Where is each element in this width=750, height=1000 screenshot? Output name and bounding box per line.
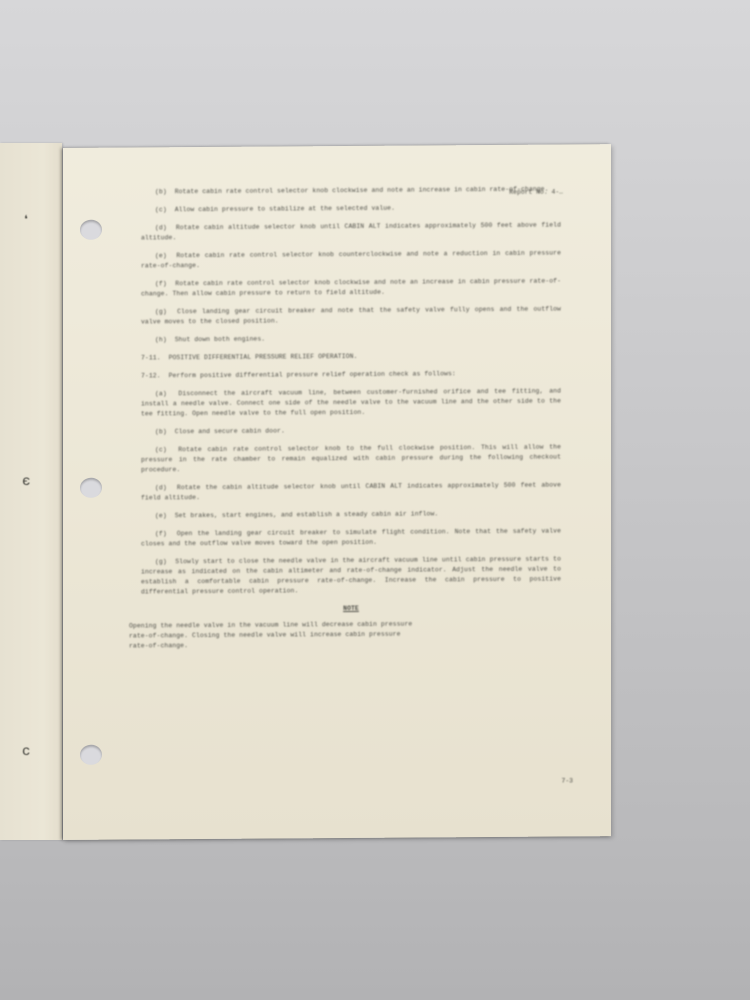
procedure-step: (d) Rotate the cabin altitude selector k… bbox=[141, 481, 561, 504]
procedure-step: (d) Rotate cabin altitude selector knob … bbox=[141, 221, 561, 244]
procedure-step: (e) Rotate cabin rate control selector k… bbox=[141, 249, 561, 272]
step-label: (d) bbox=[155, 484, 167, 491]
section-intro-number: 7-12. bbox=[141, 372, 161, 379]
steps-bottom: (a) Disconnect the aircraft vacuum line,… bbox=[141, 387, 561, 598]
procedure-step: (h) Shut down both engines. bbox=[141, 333, 561, 346]
step-text: Rotate cabin rate control selector knob … bbox=[141, 444, 561, 474]
page-body: (b) Rotate cabin rate control selector k… bbox=[141, 185, 561, 652]
step-text: Disconnect the aircraft vacuum line, bet… bbox=[141, 388, 561, 418]
procedure-step: (a) Disconnect the aircraft vacuum line,… bbox=[141, 387, 561, 420]
step-text: Close and secure cabin door. bbox=[175, 427, 285, 435]
step-text: Open the landing gear circuit breaker to… bbox=[141, 528, 561, 548]
step-label: (b) bbox=[155, 428, 167, 435]
step-label: (f) bbox=[155, 280, 167, 287]
step-label: (a) bbox=[155, 390, 167, 397]
binder-hole-mark: є bbox=[22, 478, 34, 486]
step-text: Rotate cabin rate control selector knob … bbox=[141, 278, 561, 298]
procedure-step: (e) Set brakes, start engines, and estab… bbox=[141, 509, 561, 522]
section-number: 7-11. bbox=[141, 354, 161, 361]
section-intro: 7-12. Perform positive differential pres… bbox=[141, 369, 561, 382]
step-text: Rotate cabin rate control selector knob … bbox=[141, 250, 561, 270]
step-label: (g) bbox=[155, 558, 167, 565]
page-number: 7-3 bbox=[561, 777, 573, 784]
binder-hole bbox=[80, 745, 102, 765]
procedure-step: (c) Rotate cabin rate control selector k… bbox=[141, 443, 561, 476]
note-title: NOTE bbox=[141, 603, 561, 616]
procedure-step: (b) Rotate cabin rate control selector k… bbox=[141, 185, 561, 198]
left-page-edge: ❛ є c bbox=[0, 143, 62, 840]
step-label: (e) bbox=[155, 512, 167, 519]
procedure-step: (g) Close landing gear circuit breaker a… bbox=[141, 305, 561, 328]
step-label: (c) bbox=[155, 206, 167, 213]
procedure-step: (f) Rotate cabin rate control selector k… bbox=[141, 277, 561, 300]
step-label: (h) bbox=[155, 336, 167, 343]
step-text: Slowly start to close the needle valve i… bbox=[141, 556, 561, 596]
step-label: (g) bbox=[155, 308, 167, 315]
step-label: (f) bbox=[155, 530, 167, 537]
step-text: Close landing gear circuit breaker and n… bbox=[141, 306, 561, 326]
step-text: Rotate cabin altitude selector knob unti… bbox=[141, 222, 561, 242]
binder-hole bbox=[80, 220, 102, 240]
step-label: (b) bbox=[155, 188, 167, 195]
procedure-step: (c) Allow cabin pressure to stabilize at… bbox=[141, 203, 561, 216]
section-heading: 7-11. POSITIVE DIFFERENTIAL PRESSURE REL… bbox=[141, 351, 561, 364]
procedure-step: (b) Close and secure cabin door. bbox=[141, 425, 561, 438]
step-text: Set brakes, start engines, and establish… bbox=[175, 510, 439, 519]
section-title: POSITIVE DIFFERENTIAL PRESSURE RELIEF OP… bbox=[169, 353, 358, 361]
binder-hole-mark: c bbox=[22, 748, 34, 756]
step-label: (e) bbox=[155, 252, 167, 259]
step-text: Rotate cabin rate control selector knob … bbox=[175, 186, 549, 196]
step-label: (d) bbox=[155, 224, 167, 231]
step-text: Allow cabin pressure to stabilize at the… bbox=[175, 205, 395, 214]
step-text: Rotate the cabin altitude selector knob … bbox=[141, 482, 561, 502]
binder-hole-mark: ❛ bbox=[22, 218, 34, 226]
step-label: (c) bbox=[155, 446, 167, 453]
note-body: Opening the needle valve in the vacuum l… bbox=[129, 620, 419, 652]
procedure-step: (g) Slowly start to close the needle val… bbox=[141, 555, 561, 598]
step-text: Shut down both engines. bbox=[175, 336, 266, 344]
procedure-step: (f) Open the landing gear circuit breake… bbox=[141, 527, 561, 550]
section-intro-text: Perform positive differential pressure r… bbox=[169, 370, 456, 379]
binder-hole bbox=[80, 478, 102, 498]
steps-top: (b) Rotate cabin rate control selector k… bbox=[141, 185, 561, 346]
document-page: Report No. 4-… (b) Rotate cabin rate con… bbox=[63, 144, 611, 840]
